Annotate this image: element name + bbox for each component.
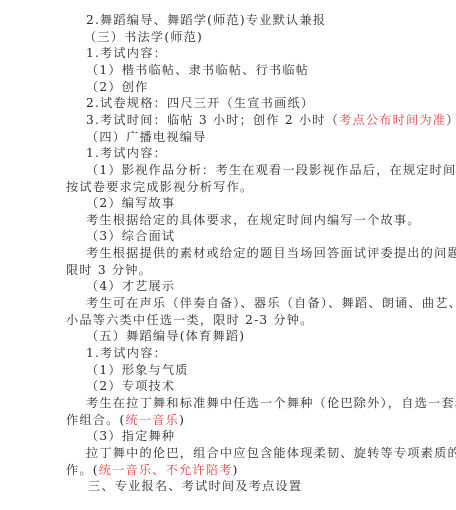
text-line: （2）创作 [86, 79, 149, 95]
text-line: 1.考试内容： [86, 145, 167, 161]
text-line: 1.考试内容： [86, 345, 167, 361]
text-line: 作组合。(统一音乐) [66, 412, 185, 428]
text-line: 2.舞蹈编导、舞蹈学(师范)专业默认兼报 [86, 12, 326, 28]
line-text: （4）才艺展示 [86, 279, 175, 293]
line-text: 2.试卷规格：四尺三开（生宣书画纸） [86, 96, 314, 110]
line-text: 作组合。( [66, 413, 126, 427]
text-line: （1）楷书临帖、隶书临帖、行书临帖 [86, 62, 309, 78]
text-line: 2.试卷规格：四尺三开（生宣书画纸） [86, 95, 314, 111]
line-text: 考生可在声乐（伴奏自备）、器乐（自备）、舞蹈、朗诵、曲艺、 [86, 296, 456, 310]
line-text: （四）广播电视编导 [86, 130, 207, 144]
line-text: 3.考试时间：临帖 3 小时；创作 2 小时（ [86, 113, 339, 127]
text-line: （3）指定舞种 [86, 428, 175, 444]
chapter-heading: 三、专业报名、考试时间及考点设置 [88, 478, 302, 494]
text-line: 考生可在声乐（伴奏自备）、器乐（自备）、舞蹈、朗诵、曲艺、 [86, 295, 456, 311]
line-text: 作。( [66, 463, 99, 477]
text-line: （4）才艺展示 [86, 278, 175, 294]
text-line: （2）专项技术 [86, 378, 175, 394]
line-text: （1）楷书临帖、隶书临帖、行书临帖 [86, 63, 309, 77]
line-text: （2）创作 [86, 80, 149, 94]
line-text: 考生根据给定的具体要求，在规定时间内编写一个故事。 [86, 213, 421, 227]
line-text: （五）舞蹈编导(体育舞蹈) [86, 329, 245, 343]
text-line: 作。(统一音乐、不允许陪考) [66, 462, 239, 478]
text-line: 拉丁舞中的伦巴，组合中应包含能体现柔韧、旋转等专项素质的动 [86, 445, 456, 461]
highlight-note: 统一音乐 [126, 413, 180, 427]
line-text: （2）编写故事 [86, 196, 175, 210]
line-text: ) [179, 413, 185, 427]
line-text: 2.舞蹈编导、舞蹈学(师范)专业默认兼报 [86, 13, 326, 27]
line-text: 限时 3 分钟。 [66, 263, 152, 277]
line-text: ） [446, 113, 456, 127]
text-line: 小品等六类中任选一类，限时 2-3 分钟。 [66, 312, 314, 328]
line-text: （3）综合面试 [86, 229, 175, 243]
text-line: 考生在拉丁舞和标准舞中任选一个舞种（伦巴除外），自选一套动 [86, 395, 456, 411]
text-line: 限时 3 分钟。 [66, 262, 152, 278]
line-text: （3）指定舞种 [86, 429, 175, 443]
highlight-note: 考点公布时间为准 [339, 113, 446, 127]
text-line: （1）形象与气质 [86, 362, 189, 378]
line-text: 小品等六类中任选一类，限时 2-3 分钟。 [66, 313, 314, 327]
text-line: 按试卷要求完成影视分析写作。 [66, 179, 253, 195]
line-text: 考生在拉丁舞和标准舞中任选一个舞种（伦巴除外），自选一套动 [86, 396, 456, 410]
line-text: （1）形象与气质 [86, 363, 189, 377]
text-line: 1.考试内容： [86, 45, 167, 61]
line-text: 按试卷要求完成影视分析写作。 [66, 180, 253, 194]
line-text: 考生根据提供的素材或给定的题目当场回答面试评委提出的问题， [86, 246, 456, 260]
document-page: 2.舞蹈编导、舞蹈学(师范)专业默认兼报 （三）书法学(师范) 1.考试内容： … [0, 0, 456, 510]
line-text: 1.考试内容： [86, 146, 167, 160]
line-text: （2）专项技术 [86, 379, 175, 393]
highlight-note: 统一音乐、不允许陪考 [99, 463, 233, 477]
line-text: （三）书法学(师范) [84, 30, 203, 44]
section-heading: （四）广播电视编导 [86, 129, 207, 145]
text-line: 考生根据提供的素材或给定的题目当场回答面试评委提出的问题， [86, 245, 456, 261]
text-line: （3）综合面试 [86, 228, 175, 244]
section-heading: （五）舞蹈编导(体育舞蹈) [86, 328, 245, 344]
line-text: 拉丁舞中的伦巴，组合中应包含能体现柔韧、旋转等专项素质的动 [86, 446, 456, 460]
line-text: （1）影视作品分析：考生在观看一段影视作品后，在规定时间内 [86, 163, 456, 177]
text-line: 考生根据给定的具体要求，在规定时间内编写一个故事。 [86, 212, 421, 228]
text-line: 3.考试时间：临帖 3 小时；创作 2 小时（考点公布时间为准） [86, 112, 456, 128]
line-text: 1.考试内容： [86, 46, 167, 60]
text-line: （1）影视作品分析：考生在观看一段影视作品后，在规定时间内 [86, 162, 456, 178]
section-heading: （三）书法学(师范) [84, 29, 203, 45]
line-text: 三、专业报名、考试时间及考点设置 [88, 479, 302, 493]
text-line: （2）编写故事 [86, 195, 175, 211]
line-text: ) [233, 463, 239, 477]
line-text: 1.考试内容： [86, 346, 167, 360]
